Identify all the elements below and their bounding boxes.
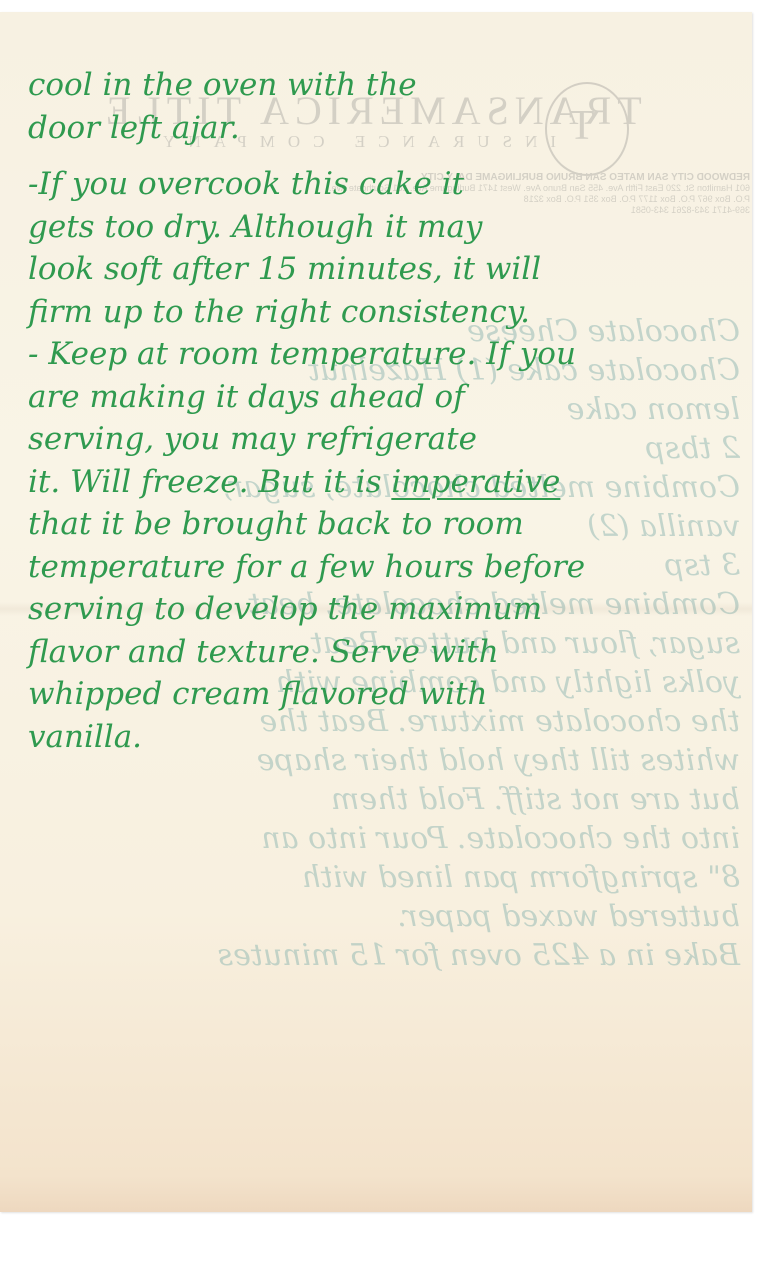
- handwriting-line: are making it days ahead of: [28, 376, 748, 419]
- handwritten-recipe-text: cool in the oven with the door left ajar…: [28, 64, 748, 758]
- handwriting-line: serving, you may refrigerate: [28, 418, 748, 461]
- bleed-line: into the chocolate. Pour into an: [40, 819, 740, 858]
- handwriting-line: - Keep at room temperature. If you: [28, 333, 748, 376]
- handwriting-line: firm up to the right consistency.: [28, 291, 748, 334]
- handwriting-line: that it be brought back to room: [28, 503, 748, 546]
- handwriting-line: cool in the oven with the: [28, 64, 748, 107]
- handwriting-line: vanilla.: [28, 716, 748, 759]
- handwriting-line: whipped cream flavored with: [28, 673, 748, 716]
- handwriting-line: flavor and texture. Serve with: [28, 631, 748, 674]
- handwriting-line: -If you overcook this cake it: [28, 163, 748, 206]
- underlined-word-imperative: imperative: [391, 464, 560, 500]
- bleed-line: Bake in a 425 oven for 15 minutes: [40, 936, 740, 975]
- handwriting-line: temperature for a few hours before: [28, 546, 748, 589]
- handwriting-line: gets too dry. Although it may: [28, 206, 748, 249]
- handwriting-line: it. Will freeze. But it is imperative: [28, 461, 748, 504]
- handwriting-line: door left ajar.: [28, 107, 748, 150]
- letter-page: TRANSAMERICA TITLE INSURANCE COMPANY T R…: [0, 12, 752, 1212]
- handwriting-fragment: it. Will freeze. But it is: [28, 464, 391, 500]
- bleed-line: 8" springform pan lined with: [40, 858, 740, 897]
- handwriting-line: serving to develop the maximum: [28, 588, 748, 631]
- bleed-line: buttered waxed paper.: [40, 897, 740, 936]
- handwriting-line: look soft after 15 minutes, it will: [28, 248, 748, 291]
- bleed-line: but are not stiff. Fold them: [40, 780, 740, 819]
